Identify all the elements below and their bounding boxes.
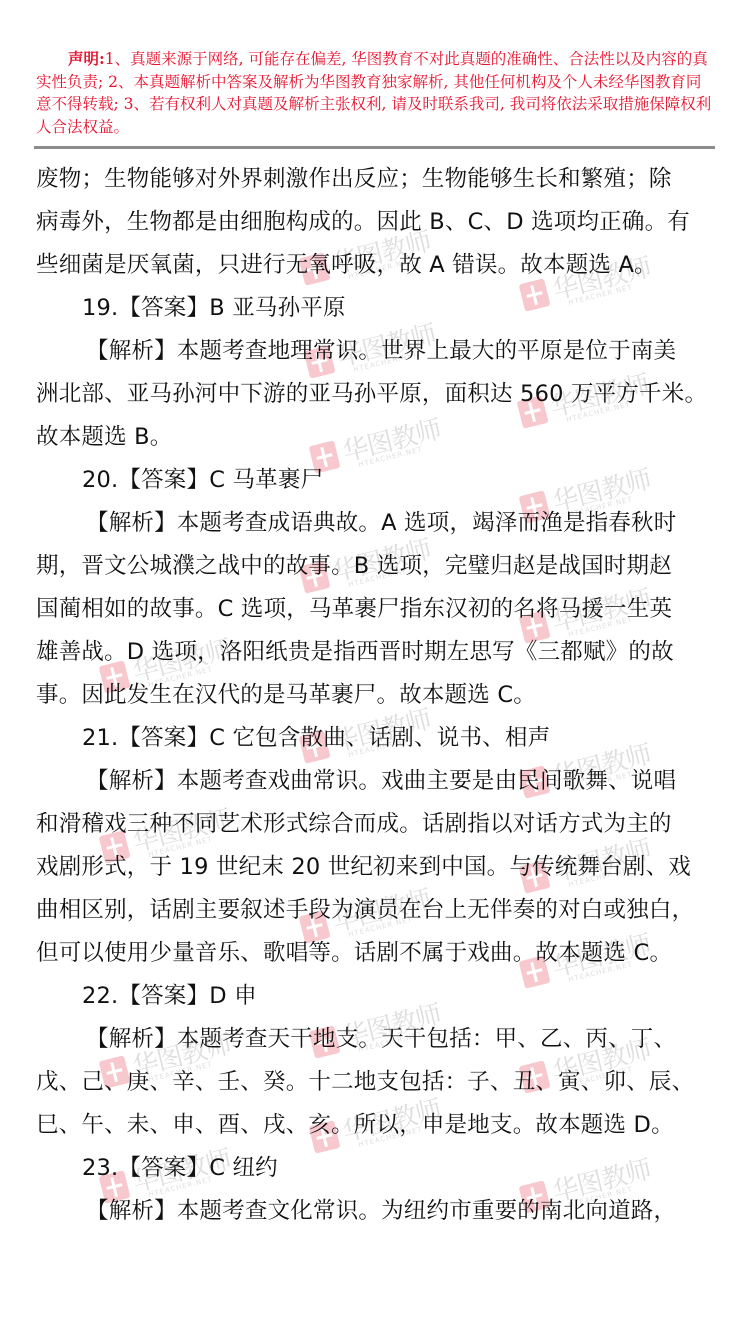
analysis-line: 【解析】本题考查戏曲常识。戏曲主要是由民间歌舞、说唱 [86,766,676,796]
paragraph-line: 病毒外，生物都是由细胞构成的。因此 B、C、D 选项均正确。有 [36,207,690,237]
answer-value: C 马革裹尸 [209,467,323,493]
watermark: 华图教师HTEACHER.NET [307,403,464,484]
question-number: 20. [82,467,118,493]
answer-label: 【答案】 [118,983,209,1009]
analysis-line: 戊、己、庚、辛、壬、癸。十二地支包括：子、丑、寅、卯、辰、 [36,1067,694,1097]
disclaimer-lead: 声明: [68,49,105,68]
watermark-subtext: HTEACHER.NET [358,445,424,469]
answer-line-23: 23.【答案】C 纽约 [82,1153,278,1183]
analysis-line: 【解析】本题考查天干地支。天干包括：甲、乙、丙、丁、 [86,1024,676,1054]
watermark-text: 华图教师 [338,409,444,469]
disclaimer-text: 1、真题来源于网络, 可能存在偏差, 华图教育不对此真题的准确性、合法性以及内容… [36,50,711,136]
analysis-line: 故本题选 B。 [36,422,173,452]
analysis-line: 国蔺相如的故事。C 选项，马革裹尸指东汉初的名将马援一生英 [36,594,672,624]
analysis-line: 期，晋文公城濮之战中的故事。B 选项，完璧归赵是战国时期赵 [36,551,672,581]
paragraph-line: 废物；生物能够对外界刺激作出反应；生物能够生长和繁殖；除 [36,164,672,194]
watermark-subtext: HTEACHER.NET [568,283,634,307]
analysis-line: 但可以使用少量音乐、歌唱等。话剧不属于戏曲。故本题选 C。 [36,938,672,968]
answer-label: 【答案】 [118,467,209,493]
analysis-line: 巳、午、未、申、酉、戌、亥。所以，申是地支。故本题选 D。 [36,1110,674,1140]
analysis-line: 曲相区别，话剧主要叙述手段为演员在台上无伴奏的对白或独白， [36,895,694,925]
question-number: 19. [82,295,118,321]
answer-line-22: 22.【答案】D 申 [82,981,257,1011]
analysis-line: 【解析】本题考查文化常识。为纽约市重要的南北向道路， [86,1196,676,1226]
watermark-logo-icon [519,278,551,311]
answer-value: B 亚马孙平原 [209,295,346,321]
header-divider [34,146,715,149]
answer-value: C 它包含散曲、话剧、说书、相声 [209,725,550,751]
answer-line-19: 19.【答案】B 亚马孙平原 [82,293,346,323]
disclaimer: 声明:1、真题来源于网络, 可能存在偏差, 华图教育不对此真题的准确性、合法性以… [36,48,714,138]
answer-value: C 纽约 [209,1155,278,1181]
answer-line-20: 20.【答案】C 马革裹尸 [82,465,323,495]
answer-label: 【答案】 [118,725,209,751]
analysis-line: 雄善战。D 选项，洛阳纸贵是指西晋时期左思写《三都赋》的故 [36,637,674,667]
question-number: 23. [82,1155,118,1181]
question-number: 22. [82,983,118,1009]
analysis-line: 事。因此发生在汉代的是马革裹尸。故本题选 C。 [36,680,536,710]
paragraph-line: 些细菌是厌氧菌，只进行无氧呼吸，故 A 错误。故本题选 A。 [36,250,657,280]
analysis-line: 和滑稽戏三种不同艺术形式综合而成。话剧指以对话方式为主的 [36,809,672,839]
answer-value: D 申 [209,983,257,1009]
analysis-line: 【解析】本题考查成语典故。A 选项，竭泽而渔是指春秋时 [86,508,676,538]
question-number: 21. [82,725,118,751]
answer-label: 【答案】 [118,295,209,321]
analysis-line: 洲北部、亚马孙河中下游的亚马孙平原，面积达 560 万平方千米。 [36,379,707,409]
analysis-line: 戏剧形式，于 19 世纪末 20 世纪初来到中国。与传统舞台剧、戏 [36,852,691,882]
answer-line-21: 21.【答案】C 它包含散曲、话剧、说书、相声 [82,723,550,753]
analysis-line: 【解析】本题考查地理常识。世界上最大的平原是位于南美 [86,336,676,366]
answer-label: 【答案】 [118,1155,209,1181]
